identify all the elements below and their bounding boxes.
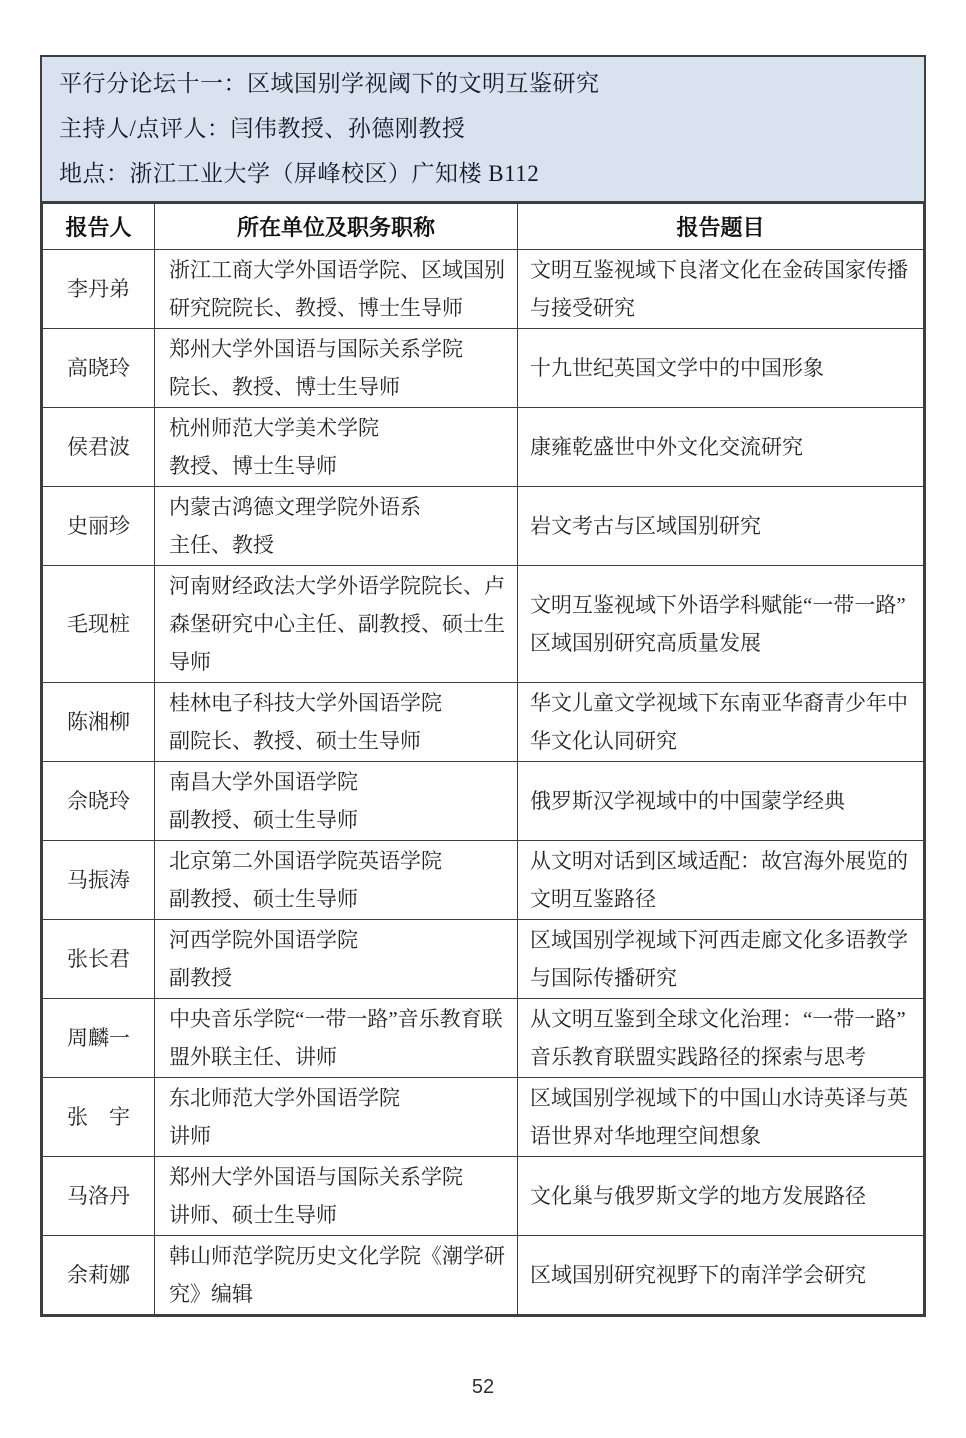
presentation-topic: 文明互鉴视域下良渚文化在金砖国家传播与接受研究 <box>518 250 924 329</box>
program-block: 平行分论坛十一：区域国别学视阈下的文明互鉴研究 主持人/点评人：闫伟教授、孙德刚… <box>40 55 926 1317</box>
presentation-topic: 从文明互鉴到全球文化治理：“一带一路”音乐教育联盟实践路径的探索与思考 <box>518 999 924 1078</box>
location-line: 地点：浙江工业大学（屏峰校区）广知楼 B112 <box>59 151 907 196</box>
presentation-topic: 区域国别学视域下的中国山水诗英译与英语世界对华地理空间想象 <box>518 1078 924 1157</box>
presenter-affiliation: 桂林电子科技大学外国语学院 副院长、教授、硕士生导师 <box>155 683 518 762</box>
presenter-name: 高晓玲 <box>43 329 155 408</box>
presenter-name: 张长君 <box>43 920 155 999</box>
presentation-topic: 华文儿童文学视域下东南亚华裔青少年中华文化认同研究 <box>518 683 924 762</box>
presenter-affiliation: 杭州师范大学美术学院 教授、博士生导师 <box>155 408 518 487</box>
presenter-name: 毛现桩 <box>43 566 155 683</box>
table-row: 高晓玲 郑州大学外国语与国际关系学院 院长、教授、博士生导师 十九世纪英国文学中… <box>43 329 924 408</box>
presenter-affiliation: 北京第二外国语学院英语学院 副教授、硕士生导师 <box>155 841 518 920</box>
table-row: 张长君 河西学院外国语学院 副教授 区域国别学视域下河西走廊文化多语教学与国际传… <box>43 920 924 999</box>
presenter-name: 马洛丹 <box>43 1157 155 1236</box>
forum-title: 平行分论坛十一：区域国别学视阈下的文明互鉴研究 <box>59 61 907 106</box>
presenter-affiliation: 河南财经政法大学外语学院院长、卢森堡研究中心主任、副教授、硕士生导师 <box>155 566 518 683</box>
presenter-affiliation: 东北师范大学外国语学院 讲师 <box>155 1078 518 1157</box>
presenter-name: 余莉娜 <box>43 1236 155 1315</box>
presenter-affiliation: 河西学院外国语学院 副教授 <box>155 920 518 999</box>
column-header-affiliation: 所在单位及职务职称 <box>155 204 518 250</box>
table-row: 张 宇 东北师范大学外国语学院 讲师 区域国别学视域下的中国山水诗英译与英语世界… <box>43 1078 924 1157</box>
presentation-topic: 岩文考古与区域国别研究 <box>518 487 924 566</box>
table-row: 史丽珍 内蒙古鸿德文理学院外语系 主任、教授 岩文考古与区域国别研究 <box>43 487 924 566</box>
presenter-affiliation: 郑州大学外国语与国际关系学院 讲师、硕士生导师 <box>155 1157 518 1236</box>
table-row: 马振涛 北京第二外国语学院英语学院 副教授、硕士生导师 从文明对话到区域适配：故… <box>43 841 924 920</box>
table-row: 陈湘柳 桂林电子科技大学外国语学院 副院长、教授、硕士生导师 华文儿童文学视域下… <box>43 683 924 762</box>
page-number: 52 <box>0 1376 966 1399</box>
presenter-name: 史丽珍 <box>43 487 155 566</box>
presentation-topic: 区域国别研究视野下的南洋学会研究 <box>518 1236 924 1315</box>
table-header: 报告人 所在单位及职务职称 报告题目 <box>43 204 924 250</box>
table-row: 马洛丹 郑州大学外国语与国际关系学院 讲师、硕士生导师 文化巢与俄罗斯文学的地方… <box>43 1157 924 1236</box>
presentation-topic: 康雍乾盛世中外文化交流研究 <box>518 408 924 487</box>
table-row: 余莉娜 韩山师范学院历史文化学院《潮学研究》编辑 区域国别研究视野下的南洋学会研… <box>43 1236 924 1315</box>
table-body: 李丹弟 浙江工商大学外国语学院、区域国别研究院院长、教授、博士生导师 文明互鉴视… <box>43 250 924 1315</box>
presentation-topic: 十九世纪英国文学中的中国形象 <box>518 329 924 408</box>
header-row: 报告人 所在单位及职务职称 报告题目 <box>43 204 924 250</box>
presenter-name: 侯君波 <box>43 408 155 487</box>
table-row: 周麟一 中央音乐学院“一带一路”音乐教育联盟外联主任、讲师 从文明互鉴到全球文化… <box>43 999 924 1078</box>
presentation-topic: 文化巢与俄罗斯文学的地方发展路径 <box>518 1157 924 1236</box>
presenter-affiliation: 浙江工商大学外国语学院、区域国别研究院院长、教授、博士生导师 <box>155 250 518 329</box>
presenter-affiliation: 郑州大学外国语与国际关系学院 院长、教授、博士生导师 <box>155 329 518 408</box>
document-page: 平行分论坛十一：区域国别学视阈下的文明互鉴研究 主持人/点评人：闫伟教授、孙德刚… <box>0 0 966 1438</box>
presenter-name: 陈湘柳 <box>43 683 155 762</box>
presenter-name: 马振涛 <box>43 841 155 920</box>
table-row: 佘晓玲 南昌大学外国语学院 副教授、硕士生导师 俄罗斯汉学视域中的中国蒙学经典 <box>43 762 924 841</box>
presenter-name: 周麟一 <box>43 999 155 1078</box>
presenter-name: 佘晓玲 <box>43 762 155 841</box>
session-info-panel: 平行分论坛十一：区域国别学视阈下的文明互鉴研究 主持人/点评人：闫伟教授、孙德刚… <box>42 57 924 203</box>
presenter-name: 李丹弟 <box>43 250 155 329</box>
column-header-presenter: 报告人 <box>43 204 155 250</box>
hosts-line: 主持人/点评人：闫伟教授、孙德刚教授 <box>59 106 907 151</box>
presenter-affiliation: 韩山师范学院历史文化学院《潮学研究》编辑 <box>155 1236 518 1315</box>
presenter-name: 张 宇 <box>43 1078 155 1157</box>
presentation-topic: 从文明对话到区域适配：故宫海外展览的文明互鉴路径 <box>518 841 924 920</box>
presenters-table: 报告人 所在单位及职务职称 报告题目 李丹弟 浙江工商大学外国语学院、区域国别研… <box>42 203 924 1315</box>
presentation-topic: 区域国别学视域下河西走廊文化多语教学与国际传播研究 <box>518 920 924 999</box>
presenter-affiliation: 南昌大学外国语学院 副教授、硕士生导师 <box>155 762 518 841</box>
presenter-affiliation: 内蒙古鸿德文理学院外语系 主任、教授 <box>155 487 518 566</box>
table-row: 侯君波 杭州师范大学美术学院 教授、博士生导师 康雍乾盛世中外文化交流研究 <box>43 408 924 487</box>
presenter-affiliation: 中央音乐学院“一带一路”音乐教育联盟外联主任、讲师 <box>155 999 518 1078</box>
table-row: 李丹弟 浙江工商大学外国语学院、区域国别研究院院长、教授、博士生导师 文明互鉴视… <box>43 250 924 329</box>
presentation-topic: 文明互鉴视域下外语学科赋能“一带一路”区域国别研究高质量发展 <box>518 566 924 683</box>
column-header-topic: 报告题目 <box>518 204 924 250</box>
presentation-topic: 俄罗斯汉学视域中的中国蒙学经典 <box>518 762 924 841</box>
table-row: 毛现桩 河南财经政法大学外语学院院长、卢森堡研究中心主任、副教授、硕士生导师 文… <box>43 566 924 683</box>
